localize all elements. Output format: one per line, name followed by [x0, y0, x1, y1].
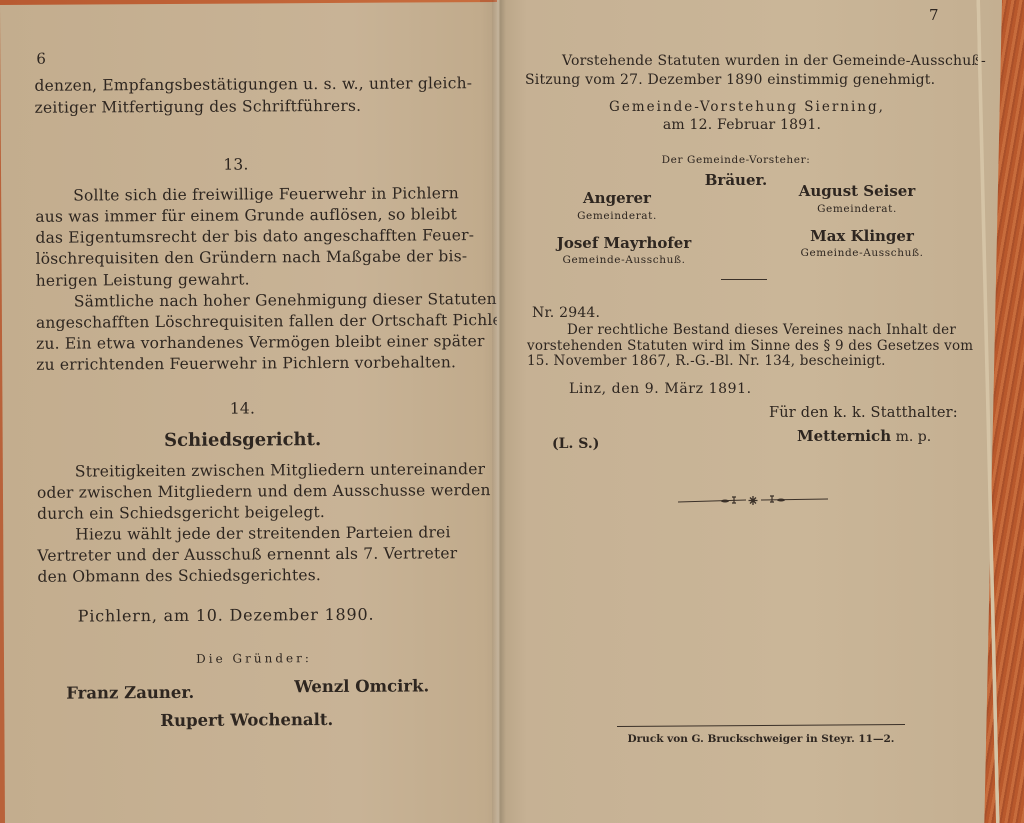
divider: [721, 279, 767, 280]
founders-label: Die Gründer:: [4, 650, 504, 667]
governor-signature-line: Metternich m. p.: [797, 427, 931, 445]
text-line: Vertreter und der Ausschuß ernennt als 7…: [37, 544, 457, 565]
head-label: Der Gemeinde-Vorsteher:: [497, 154, 975, 166]
decree-number: Nr. 2944.: [532, 305, 600, 321]
founder-signature: Rupert Wochenalt.: [160, 710, 333, 730]
text-line: zu errichtenden Feuerwehr in Pichlern vo…: [36, 353, 456, 374]
governor-label: Für den k. k. Statthalter:: [769, 405, 958, 421]
text-line: 15. November 1867, R.-G.-Bl. Nr. 134, be…: [527, 353, 886, 369]
text-line: Sämtliche nach hoher Genehmigung dieser …: [74, 290, 497, 311]
text-line: vorstehenden Statuten wird im Sinne des …: [527, 338, 973, 354]
signatory-role: Gemeinde-Ausschuß.: [792, 247, 932, 259]
signatory-name: Josef Mayrhofer: [549, 234, 699, 252]
text-line: Vorstehende Statuten wurden in der Gemei…: [562, 53, 986, 69]
text-line: Sitzung vom 27. Dezember 1890 einstimmig…: [525, 72, 935, 88]
text-line: das Eigentumsrecht der bis dato angescha…: [35, 226, 474, 247]
signatory-role: Gemeinde-Ausschuß.: [549, 254, 699, 266]
text-line: löschrequisiten den Gründern nach Maßgab…: [35, 247, 467, 268]
place-date: Pichlern, am 10. Dezember 1890.: [78, 605, 375, 626]
text-line: angeschafften Löschrequisiten fallen der…: [36, 311, 520, 332]
text-line: zu. Ein etwa vorhandenes Vermögen bleibt…: [36, 332, 485, 353]
governor-suffix: m. p.: [896, 429, 932, 445]
governor-signature: Metternich: [797, 427, 891, 445]
signatory-role: Gemeinderat.: [557, 210, 677, 222]
section-heading: Schiedsgericht.: [3, 428, 483, 452]
text-line: den Obmann des Schiedsgerichtes.: [37, 566, 321, 586]
section-number: 14.: [2, 398, 482, 419]
text-line: Hiezu wählt jede der streitenden Parteie…: [75, 523, 450, 543]
text-line: aus was immer für einem Grunde auflösen,…: [35, 205, 457, 226]
text-line: denzen, Empfangsbestätigungen u. s. w., …: [34, 74, 472, 95]
signatory-name: Max Klinger: [792, 227, 932, 245]
signatory-name: August Seiser: [787, 182, 927, 200]
book-gutter: [492, 0, 506, 823]
left-page: 6 denzen, Empfangsbestätigungen u. s. w.…: [0, 2, 505, 823]
right-page: 7 Vorstehende Statuten wurden in der Gem…: [497, 0, 1002, 823]
founder-signature: Franz Zauner.: [66, 683, 194, 703]
text-line: Streitigkeiten zwischen Mitgliedern unte…: [75, 460, 485, 481]
authority-date: am 12. Februar 1891.: [497, 117, 987, 133]
ornament-divider-icon: [676, 494, 831, 508]
text-line: oder zwischen Mitgliedern und dem Aussch…: [37, 481, 491, 502]
text-line: durch ein Schiedsgericht beigelegt.: [37, 503, 325, 523]
signatory-name: Angerer: [557, 189, 677, 207]
seal-mark: (L. S.): [552, 436, 599, 452]
authority: Gemeinde-Vorstehung Sierning,: [497, 99, 997, 115]
page-number: 7: [929, 6, 939, 24]
text-line: Der rechtliche Bestand dieses Vereines n…: [567, 322, 956, 338]
text-line: herigen Leistung gewahrt.: [36, 270, 250, 289]
signatory-role: Gemeinderat.: [787, 203, 927, 215]
printer-imprint: Druck von G. Bruckschweiger in Steyr. 11…: [617, 733, 905, 745]
footer-rule: [617, 724, 905, 727]
cert-place-date: Linz, den 9. März 1891.: [569, 381, 752, 397]
section-number: 13.: [1, 154, 471, 175]
text-line: zeitiger Mitfertigung des Schriftführers…: [35, 97, 362, 117]
text-line: Sollte sich die freiwillige Feuerwehr in…: [73, 184, 459, 204]
founder-signature: Wenzl Omcirk.: [294, 676, 429, 696]
page-number: 6: [36, 50, 46, 68]
